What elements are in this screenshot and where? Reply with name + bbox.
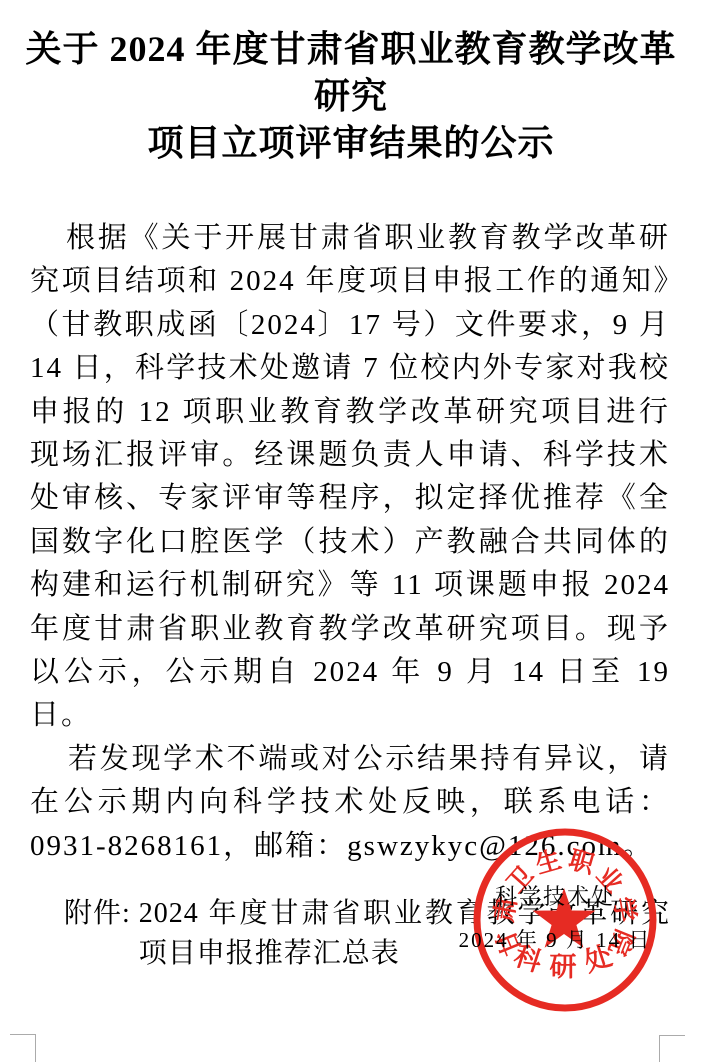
seal-arc-char: 生 xyxy=(533,845,565,879)
signature-block: 科学技术处 2024 年 9 月 14 日 xyxy=(424,884,686,951)
signature-department: 科学技术处 xyxy=(424,884,686,910)
document-title: 关于 2024 年度甘肃省职业教育教学改革研究 项目立项评审结果的公示 xyxy=(18,26,684,167)
margin-corner-mark-bottom-right xyxy=(659,1035,685,1062)
attachment-label: 附件: xyxy=(64,894,131,934)
body-paragraph-1: 根据《关于开展甘肃省职业教育教学改革研究项目结项和 2024 年度项目申报工作的… xyxy=(30,217,670,738)
document-title-line2: 项目立项评审结果的公示 xyxy=(18,120,684,167)
seal-dept-char: 研 xyxy=(550,952,577,982)
document-title-line1: 关于 2024 年度甘肃省职业教育教学改革研究 xyxy=(18,26,684,120)
margin-corner-mark-bottom-left xyxy=(10,1034,36,1062)
document-page: 关于 2024 年度甘肃省职业教育教学改革研究 项目立项评审结果的公示 根据《关… xyxy=(0,0,702,1062)
signature-date: 2024 年 9 月 14 日 xyxy=(424,929,686,951)
seal-arc-char: 职 xyxy=(566,845,599,879)
